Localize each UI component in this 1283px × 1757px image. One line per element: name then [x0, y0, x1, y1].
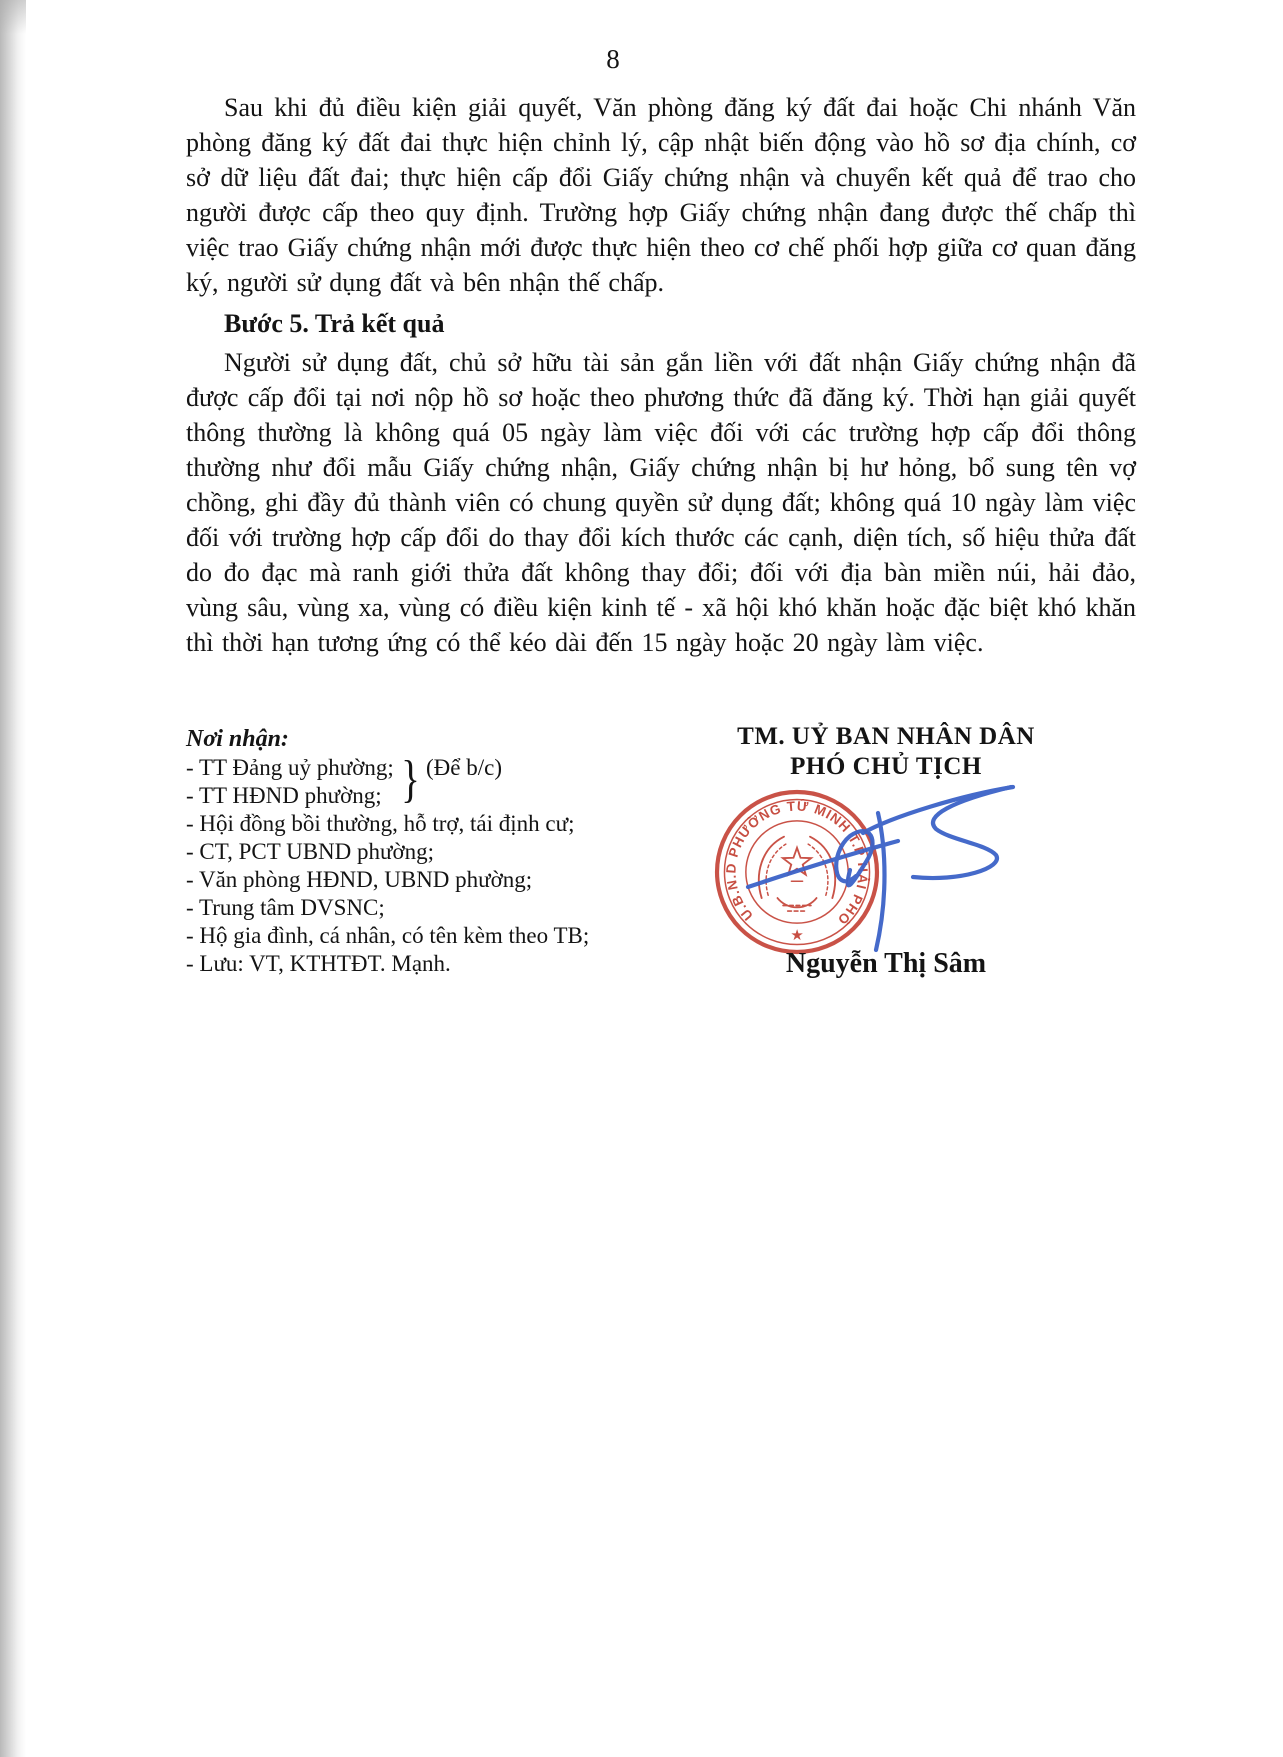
authority-org: TM. UỶ BAN NHÂN DÂN	[650, 722, 1122, 752]
recipient-item: - CT, PCT UBND phường;	[186, 838, 666, 866]
paragraph-2: Người sử dụng đất, chủ sở hữu tài sản gắ…	[186, 345, 1136, 660]
brace-mark: }	[401, 754, 420, 806]
recipient-item: - Văn phòng HĐND, UBND phường;	[186, 866, 666, 894]
recipient-item: - Trung tâm DVSNC;	[186, 894, 666, 922]
recipients-block: Nơi nhận: - TT Đảng uỷ phường;- TT HĐND …	[186, 724, 666, 978]
recipients-label: Nơi nhận:	[186, 724, 666, 754]
recipient-item: - Lưu: VT, KTHTĐT. Mạnh.	[186, 950, 666, 978]
recipients-list: - TT Đảng uỷ phường;- TT HĐND phường;- H…	[186, 754, 666, 978]
handwritten-signature-icon	[733, 776, 1025, 962]
scan-edge-corner	[0, 0, 26, 34]
signature-section: Nơi nhận: - TT Đảng uỷ phường;- TT HĐND …	[0, 722, 1283, 1142]
document-body: 8 Sau khi đủ điều kiện giải quyết, Văn p…	[186, 44, 1136, 660]
signer-name: Nguyễn Thị Sâm	[650, 948, 1122, 980]
paragraph-1: Sau khi đủ điều kiện giải quyết, Văn phò…	[186, 90, 1136, 300]
recipient-item: - Hội đồng bồi thường, hỗ trợ, tái định …	[186, 810, 666, 838]
document-page: 8 Sau khi đủ điều kiện giải quyết, Văn p…	[0, 0, 1283, 1757]
step-heading: Bước 5. Trả kết quả	[186, 306, 1136, 341]
recipient-item: - Hộ gia đình, cá nhân, có tên kèm theo …	[186, 922, 666, 950]
authority-block: TM. UỶ BAN NHÂN DÂN PHÓ CHỦ TỊCH	[650, 722, 1122, 782]
copy-note: (Để b/c)	[426, 755, 502, 781]
recipient-item: - TT HĐND phường;	[186, 782, 666, 810]
page-number: 8	[138, 44, 1088, 75]
